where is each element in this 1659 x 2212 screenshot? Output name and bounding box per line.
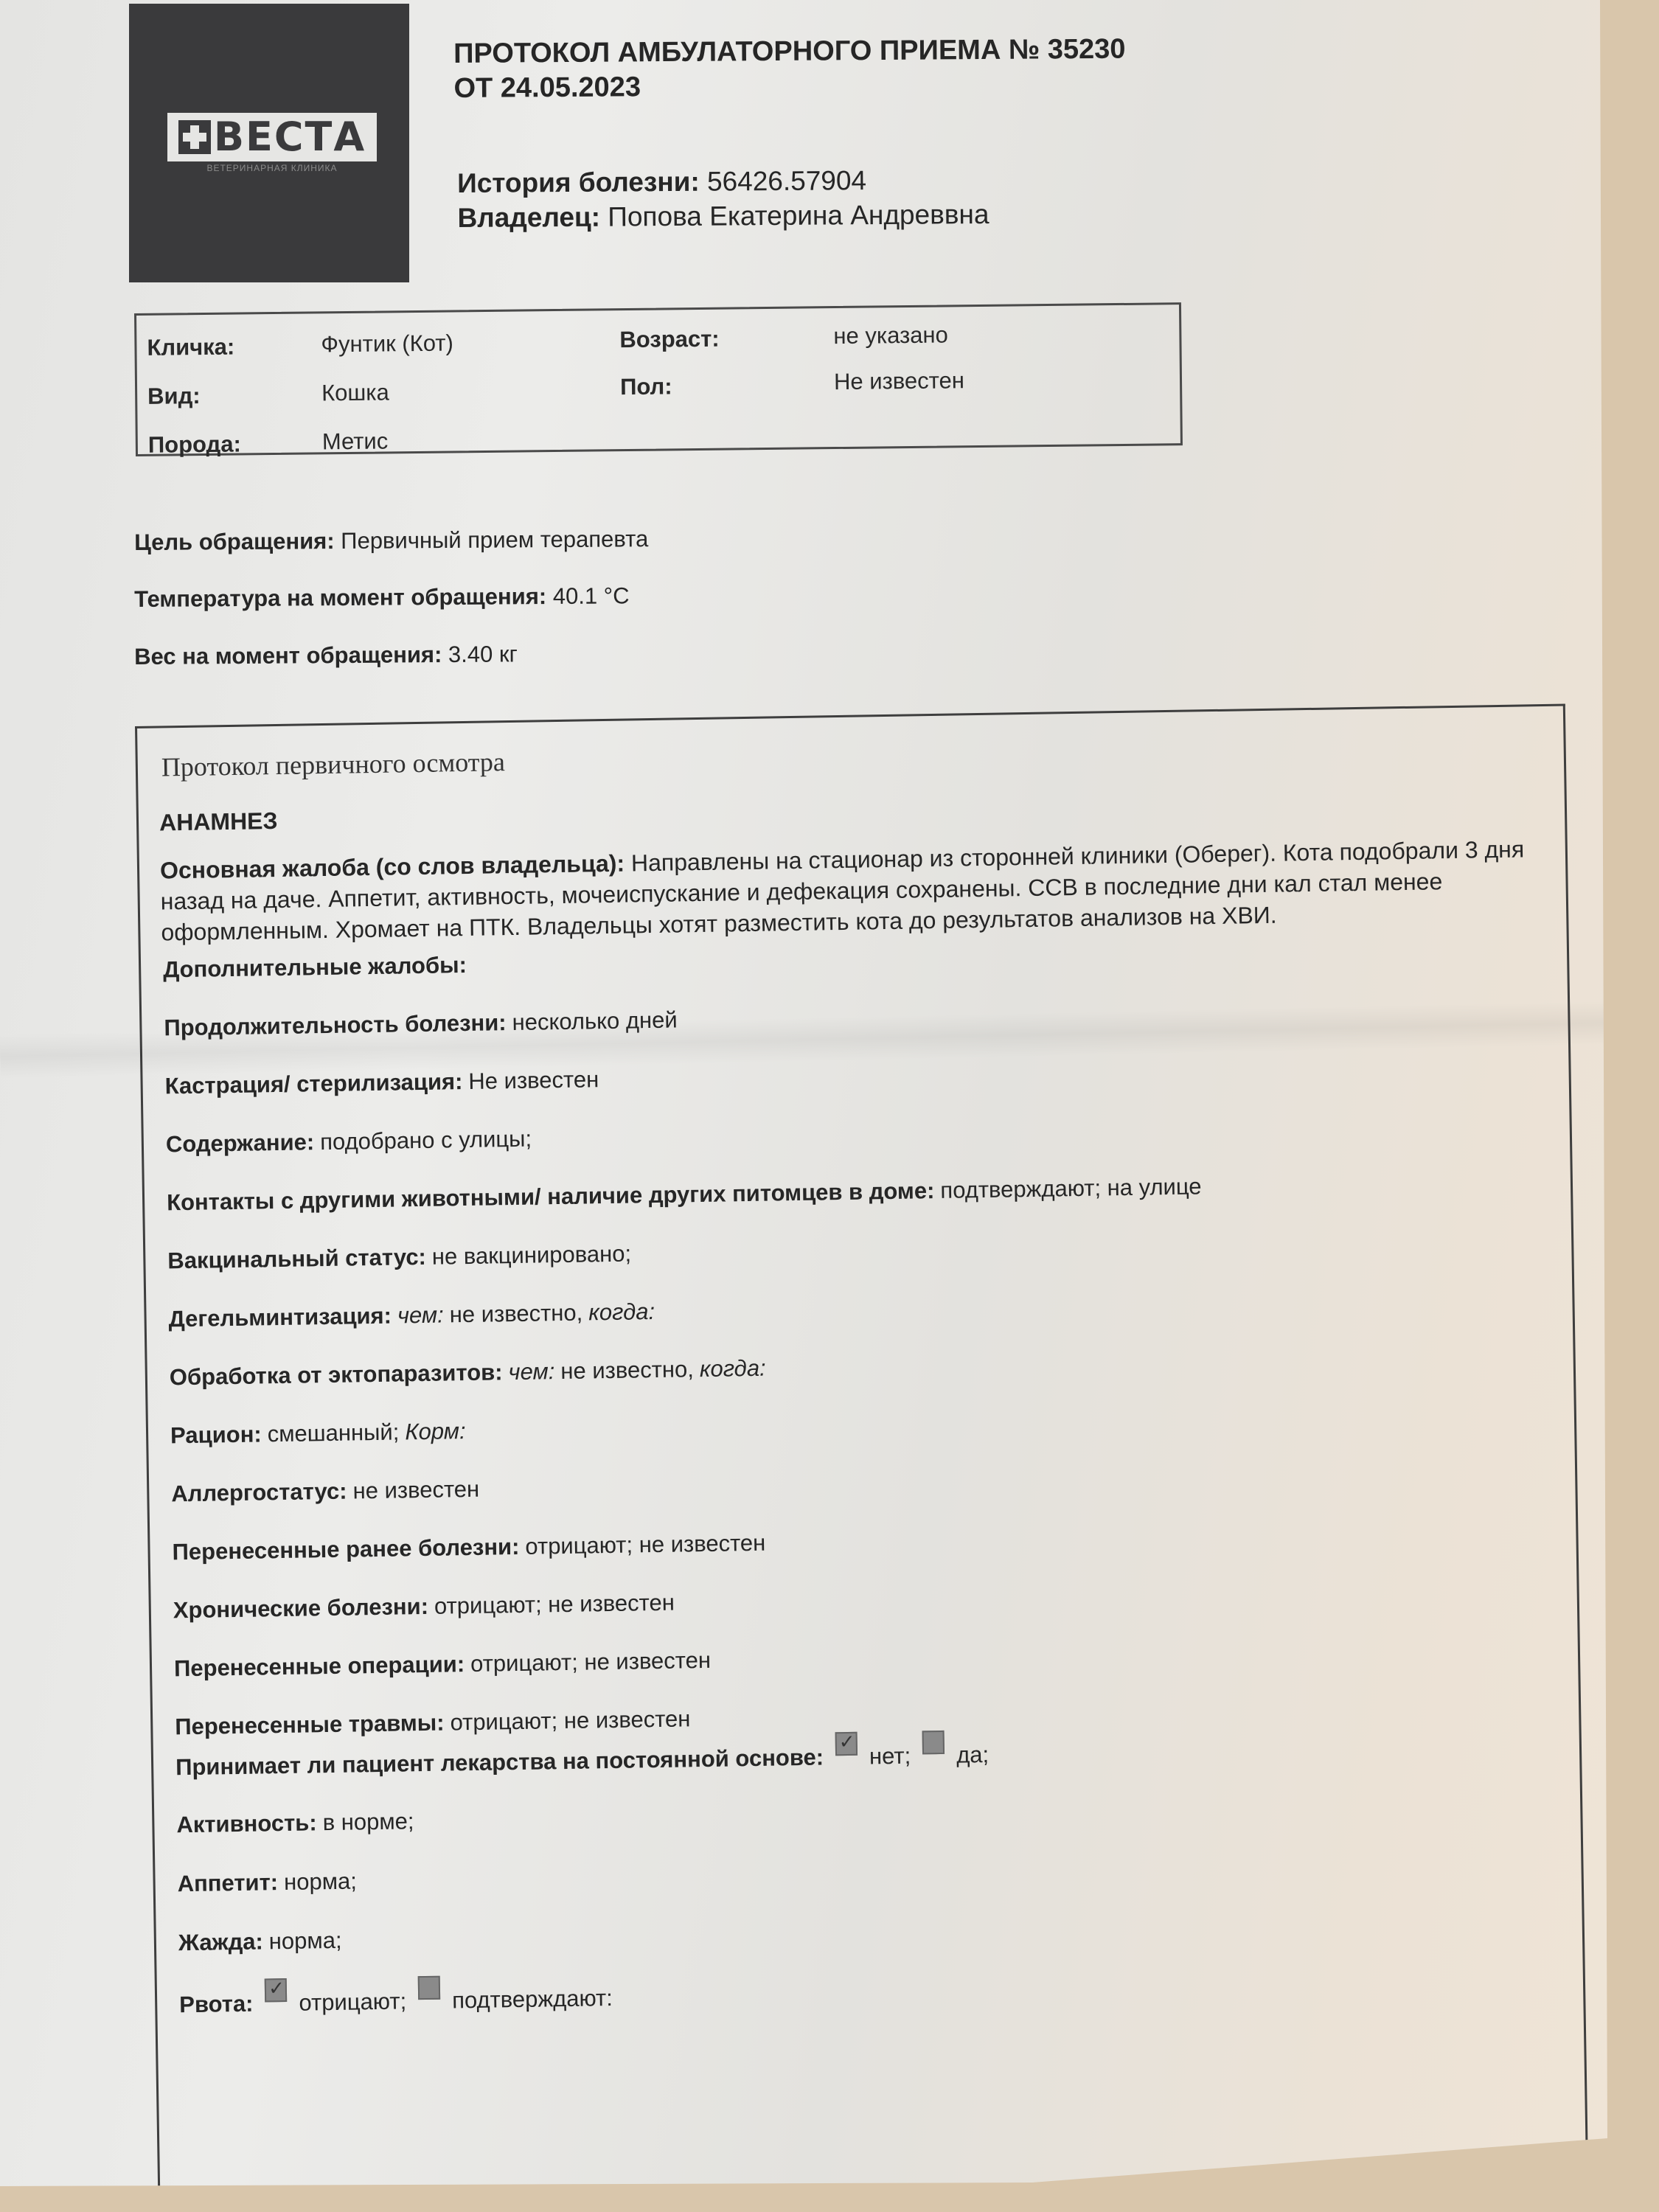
section-title: Протокол первичного осмотра — [161, 746, 506, 782]
anamnesis-row: Обработка от эктопаразитов:чем:не извест… — [170, 1355, 766, 1391]
pet-breed-value: Метис — [322, 428, 389, 455]
row-value: не известен — [352, 1476, 479, 1505]
document-page: ВЕСТА ВЕТЕРИНАРНАЯ КЛИНИКА ПРОТОКОЛ АМБУ… — [0, 0, 1607, 2186]
vomit-yes-checkbox[interactable] — [418, 1976, 440, 2000]
title-line-1: ПРОТОКОЛ АМБУЛАТОРНОГО ПРИЕМА № 35230 — [453, 32, 1126, 72]
row-italic-prefix: чем: — [397, 1302, 444, 1329]
row-value: отрицают; не известен — [450, 1705, 690, 1736]
anamnez-heading: АНАМНЕЗ — [159, 807, 278, 837]
owner-label: Владелец: — [457, 202, 600, 233]
row-label: Вакцинальный статус: — [167, 1244, 426, 1275]
row-value: несколько дней — [512, 1006, 678, 1036]
row-label: Содержание: — [166, 1129, 315, 1158]
row-label: Контакты с другими животными/ наличие др… — [167, 1178, 935, 1216]
owner-value: Попова Екатерина Андреввна — [608, 199, 989, 232]
history-value: 56426.57904 — [707, 165, 866, 197]
row-value: не известно, — [449, 1300, 582, 1329]
row-italic-suffix: когда: — [588, 1298, 655, 1326]
row-label: Перенесенные ранее болезни: — [172, 1534, 519, 1565]
visit-weight: Вес на момент обращения: 3.40 кг — [134, 641, 518, 670]
anamnesis-row: Перенесенные травмы:отрицают; не известе… — [175, 1705, 691, 1740]
anamnesis-row: Вакцинальный статус:не вакцинировано; — [167, 1241, 631, 1275]
anamnesis-row: Хронические болезни:отрицают; не известе… — [173, 1590, 675, 1624]
pet-name-value: Фунтик (Кот) — [321, 330, 453, 358]
anamnesis-row: Содержание:подобрано с улицы; — [166, 1126, 532, 1158]
document-title: ПРОТОКОЛ АМБУЛАТОРНОГО ПРИЕМА № 35230 ОТ… — [453, 32, 1126, 106]
row-label: Обработка от эктопаразитов: — [170, 1359, 503, 1391]
visit-temperature: Температура на момент обращения: 40.1 °C — [134, 582, 630, 613]
medication-yes-checkbox[interactable] — [922, 1731, 945, 1754]
activity-row: Активность: в норме; — [176, 1808, 414, 1838]
medical-cross-icon — [178, 120, 211, 154]
vomit-row: Рвота: отрицают; подтверждают: — [179, 1982, 613, 2018]
medication-row: Принимает ли пациент лекарства на постоя… — [175, 1739, 990, 1781]
row-italic-prefix: чем: — [508, 1358, 554, 1385]
row-label: Перенесенные операции: — [174, 1651, 465, 1682]
anamnesis-row: Дегельминтизация:чем:не известно,когда: — [168, 1298, 655, 1332]
pet-name-label: Кличка: — [147, 334, 234, 361]
pet-species-label: Вид: — [147, 383, 201, 410]
pet-breed-label: Порода: — [148, 431, 241, 458]
pet-sex-label: Пол: — [620, 373, 672, 400]
anamnesis-row: Контакты с другими животными/ наличие др… — [167, 1173, 1202, 1216]
medication-no-checkbox[interactable] — [835, 1732, 857, 1756]
row-value: подтверждают; на улице — [940, 1173, 1202, 1204]
clinic-logo: ВЕСТА ВЕТЕРИНАРНАЯ КЛИНИКА — [129, 4, 409, 282]
anamnesis-row: Продолжительность болезни:несколько дней — [164, 1006, 678, 1041]
vomit-no-checkbox[interactable] — [265, 1978, 287, 2002]
pet-sex-value: Не известен — [834, 367, 964, 395]
anamnesis-row: Дополнительные жалобы: — [163, 952, 473, 984]
history-label: История болезни: — [457, 167, 700, 198]
row-value: не вакцинировано; — [432, 1241, 632, 1270]
pet-age-value: не указано — [833, 321, 948, 349]
anamnesis-row: Перенесенные операции:отрицают; не извес… — [174, 1647, 711, 1682]
row-value: отрицают; не известен — [525, 1530, 765, 1560]
anamnesis-row: Кастрация/ стерилизация:Не известен — [164, 1066, 599, 1099]
appetite-row: Аппетит: норма; — [177, 1868, 357, 1897]
logo-subtitle: ВЕТЕРИНАРНАЯ КЛИНИКА — [167, 163, 377, 173]
row-value: смешанный; — [267, 1419, 399, 1447]
row-value: отрицают; не известен — [470, 1647, 711, 1677]
row-value: не известно, — [560, 1356, 694, 1385]
row-italic-suffix: когда: — [700, 1355, 766, 1382]
row-value: подобрано с улицы; — [320, 1126, 532, 1156]
pet-age-label: Возраст: — [619, 326, 720, 353]
row-italic-suffix: Корм: — [405, 1418, 466, 1445]
anamnesis-rows: Дополнительные жалобы:Продолжительность … — [137, 706, 1563, 728]
anamnesis-row: Рацион:смешанный;Корм: — [170, 1418, 466, 1449]
row-value: отрицают; не известен — [434, 1590, 675, 1620]
row-label: Перенесенные травмы: — [175, 1710, 445, 1741]
row-label: Дополнительные жалобы: — [163, 952, 467, 983]
complaint-text: Направлены на стационар из сторонней кли… — [160, 835, 1524, 945]
row-label: Продолжительность болезни: — [164, 1009, 507, 1041]
pet-species-value: Кошка — [321, 379, 389, 406]
logo-brand: ВЕСТА — [214, 117, 366, 157]
row-label: Дегельминтизация: — [168, 1303, 392, 1333]
row-value: Не известен — [468, 1066, 599, 1095]
anamnesis-row: Аллергостатус:не известен — [171, 1476, 479, 1508]
visit-purpose: Цель обращения: Первичный прием терапевт… — [134, 526, 648, 556]
row-label: Аллергостатус: — [171, 1478, 347, 1508]
pet-info-box: Кличка: Фунтик (Кот) Вид: Кошка Порода: … — [134, 302, 1183, 456]
title-line-2: ОТ 24.05.2023 — [453, 67, 1126, 106]
row-label: Кастрация/ стерилизация: — [164, 1068, 462, 1099]
case-info: История болезни: 56426.57904 Владелец: П… — [457, 162, 990, 235]
complaint-label: Основная жалоба (со слов владельца): — [160, 850, 625, 884]
logo-plate: ВЕСТА — [167, 113, 377, 161]
thirst-row: Жажда: норма; — [178, 1927, 342, 1956]
row-label: Рацион: — [170, 1421, 262, 1449]
main-complaint: Основная жалоба (со слов владельца): Нап… — [160, 833, 1548, 948]
exam-protocol-box: Протокол первичного осмотра АНАМНЕЗ Осно… — [135, 704, 1588, 2186]
anamnesis-row: Перенесенные ранее болезни:отрицают; не … — [172, 1530, 765, 1566]
row-label: Хронические болезни: — [173, 1593, 429, 1624]
